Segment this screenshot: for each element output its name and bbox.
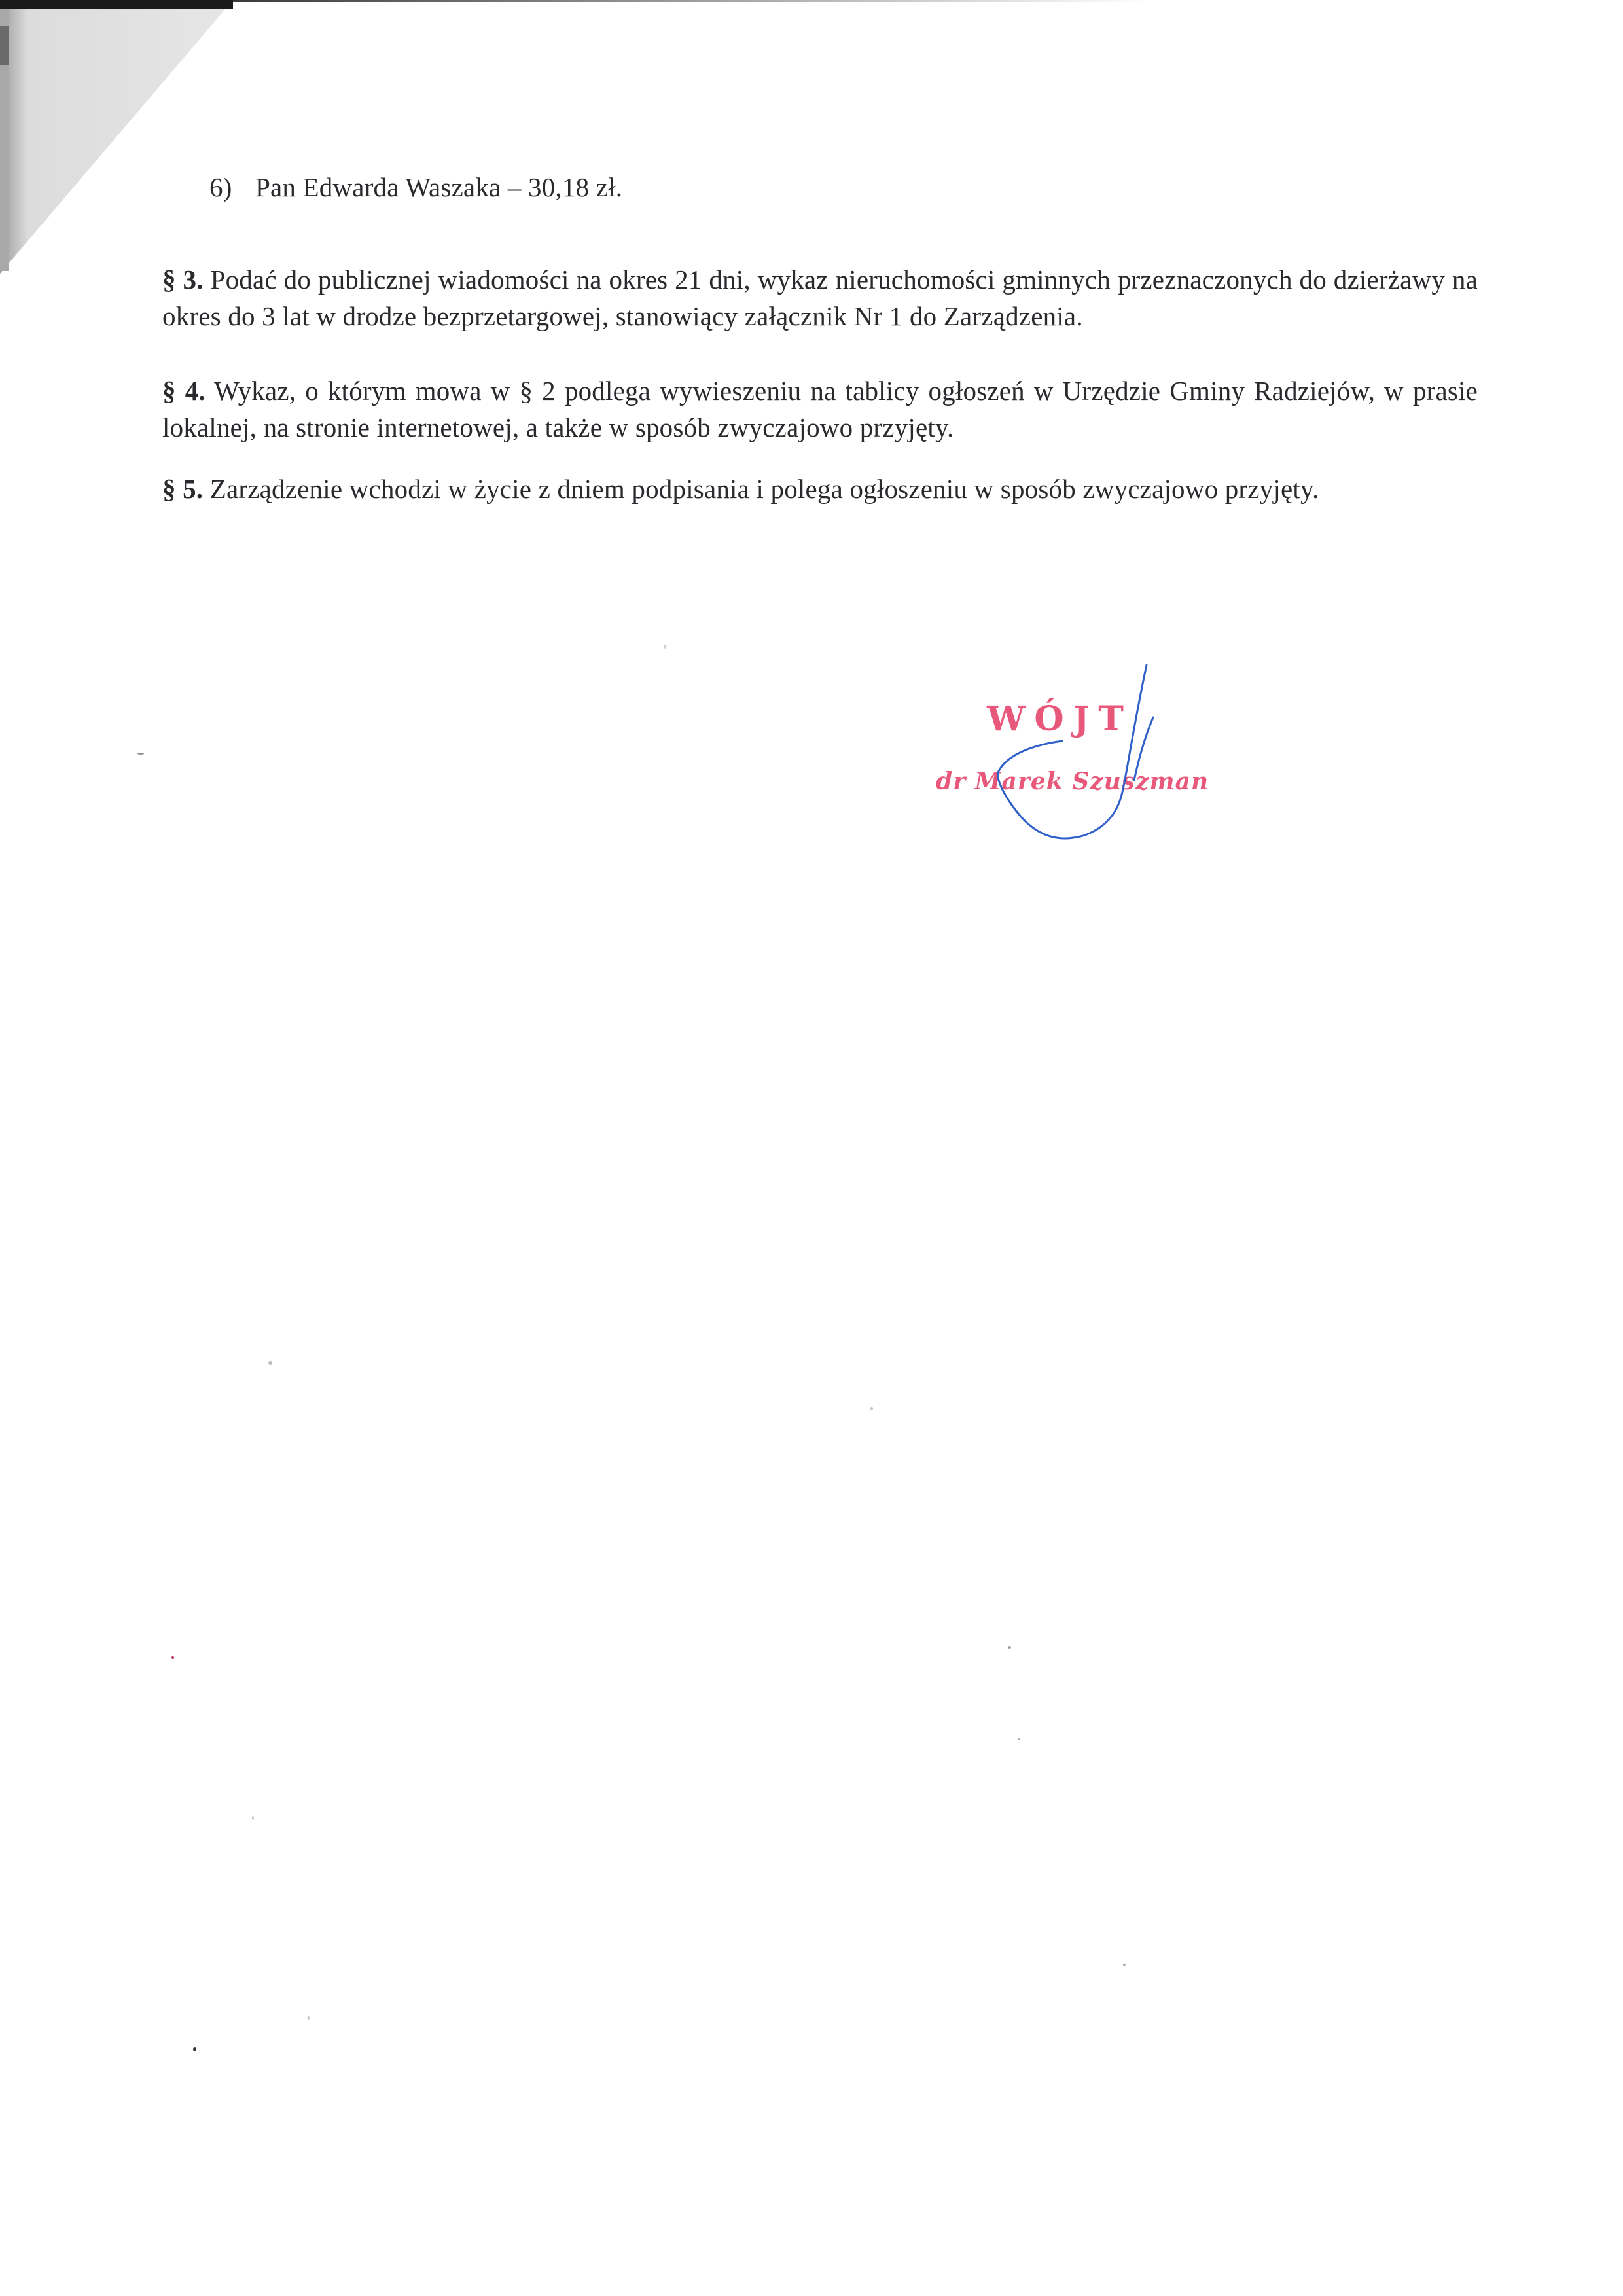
- paragraph-marker: § 3.: [162, 264, 204, 295]
- scan-speck: [193, 2047, 196, 2051]
- scan-speck: [268, 1361, 272, 1365]
- paragraph-text: Zarządzenie wchodzi w życie z dniem podp…: [203, 474, 1319, 504]
- paragraph-text: Wykaz, o którym mowa w § 2 podlega wywie…: [162, 376, 1478, 442]
- scan-speck: [1123, 1964, 1126, 1966]
- paragraph-marker: § 4.: [162, 376, 205, 406]
- paragraph-4: § 4. Wykaz, o którym mowa w § 2 podlega …: [162, 372, 1478, 446]
- paragraph-marker: § 5.: [162, 474, 203, 504]
- official-stamp: WÓJT dr Marek Szuszman: [910, 641, 1276, 851]
- handwritten-signature: [910, 641, 1276, 851]
- scan-speck: [1008, 1646, 1011, 1649]
- scan-speck: [252, 1816, 254, 1820]
- paragraph-3: § 3. Podać do publicznej wiadomości na o…: [162, 261, 1478, 334]
- scan-speck: [664, 645, 666, 649]
- paragraph-text: Podać do publicznej wiadomości na okres …: [162, 264, 1478, 331]
- list-item-number: 6): [209, 169, 255, 206]
- scan-speck: [870, 1407, 873, 1410]
- list-item-6: 6)Pan Edwarda Waszaka – 30,18 zł.: [209, 169, 622, 206]
- scan-speck: [137, 753, 144, 755]
- scan-corner-shadow: [0, 0, 236, 275]
- scan-speck: [171, 1656, 174, 1659]
- top-edge-shadow: [233, 0, 1149, 2]
- paragraph-5: § 5. Zarządzenie wchodzi w życie z dniem…: [162, 471, 1478, 507]
- scan-speck: [308, 2016, 310, 2020]
- list-item-text: Pan Edwarda Waszaka – 30,18 zł.: [255, 172, 622, 202]
- scan-speck: [1018, 1738, 1020, 1740]
